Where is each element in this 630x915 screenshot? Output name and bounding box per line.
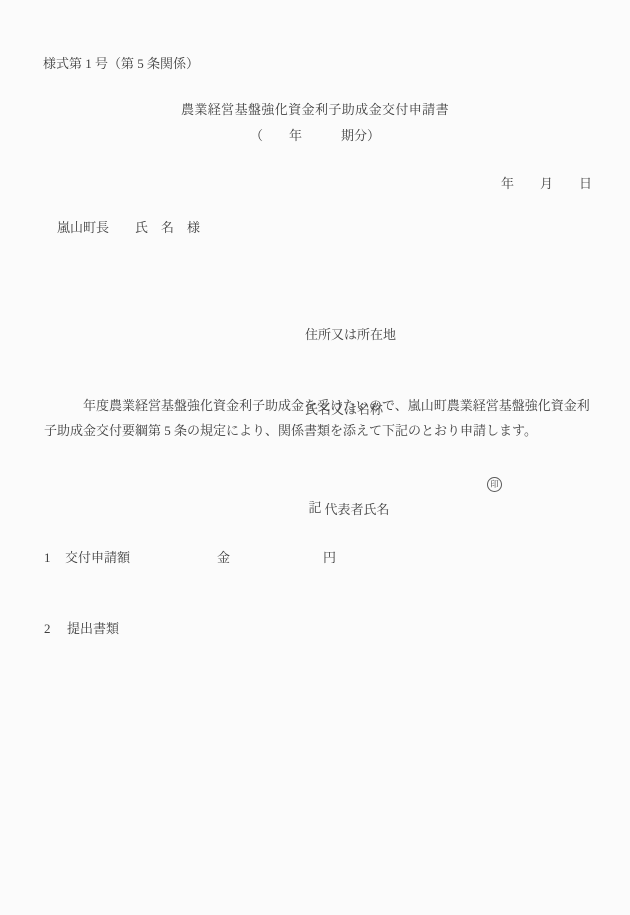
form-number: 様式第 1 号（第 5 条関係） [43,57,199,70]
item-label: 交付申請額 [65,551,130,564]
application-form-page: 様式第 1 号（第 5 条関係） 農業経営基盤強化資金利子助成金交付申請書 （ … [0,0,630,915]
body-paragraph: 年度農業経営基盤強化資金利子助成金を受けたいので、嵐山町農業経営基盤強化資金利 … [44,393,604,443]
amount-prefix: 金 [217,551,230,564]
period-line: （ 年 期分） [0,129,630,142]
body-line-1: 年度農業経営基盤強化資金利子助成金を受けたいので、嵐山町農業経営基盤強化資金利 [44,393,604,418]
applicant-block: 住所又は所在地 氏名又は名称 代表者氏名 印 [305,272,396,622]
addressee-line: 嵐山町長 氏 名 様 [57,221,200,234]
seal-icon: 印 [487,477,502,492]
item-number: 2 [44,622,51,635]
applicant-address-label: 住所又は所在地 [305,322,396,347]
body-line-2: 子助成金交付要綱第 5 条の規定により、関係書類を添えて下記のとおり申請します。 [44,418,604,443]
document-title: 農業経営基盤強化資金利子助成金交付申請書 [0,103,630,116]
item-label: 提出書類 [67,622,119,635]
date-line: 年 月 日 [0,177,630,190]
seal-character: 印 [490,480,499,489]
list-heading: 記 [0,501,630,514]
list-item-submitted-documents: 2 提出書類 [0,622,630,637]
item-number: 1 [44,551,51,564]
amount-unit: 円 [323,551,336,564]
list-item-grant-amount: 1 交付申請額 金 円 [0,551,630,566]
